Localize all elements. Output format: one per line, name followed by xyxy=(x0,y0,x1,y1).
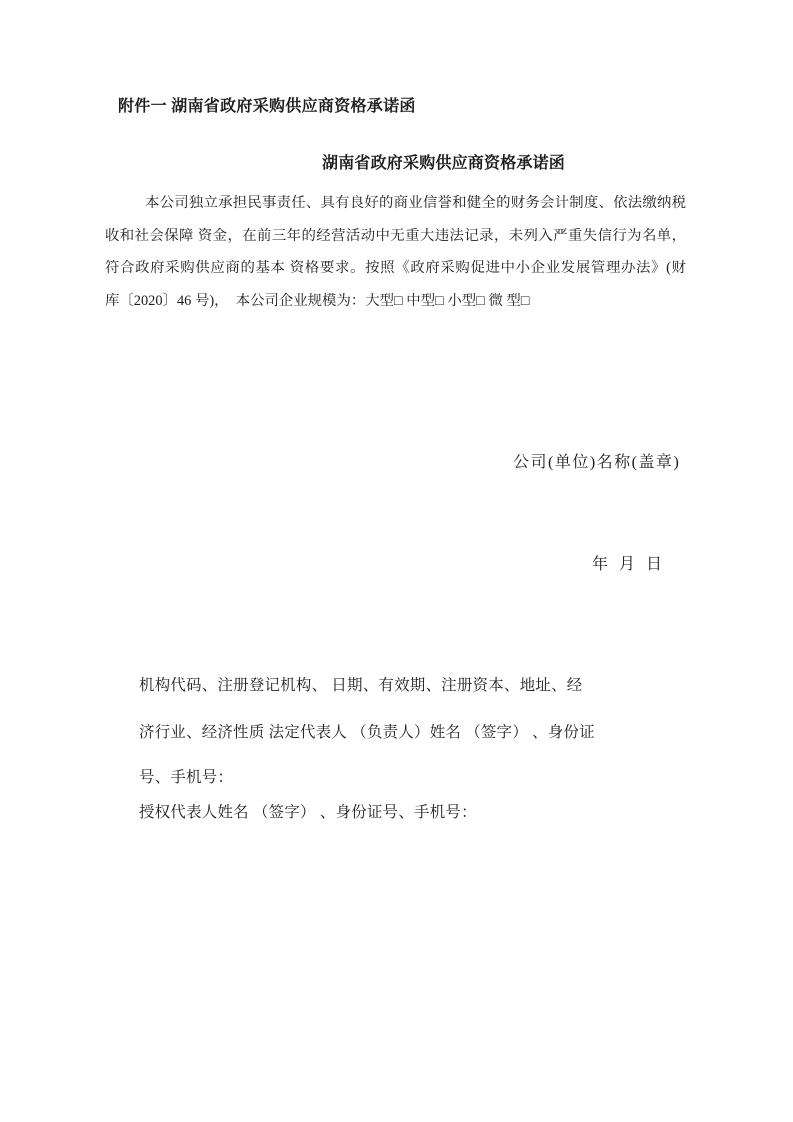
company-seal-label: 公司(单位)名称(盖章) xyxy=(513,453,680,473)
registration-info-line: 机构代码、注册登记机构、 日期、有效期、注册资本、地址、经 xyxy=(139,675,583,697)
commitment-paragraph-line: 符合政府采购供应商的基本 资格要求。按照《政府采购促进中小企业发展管理办法》(财 xyxy=(105,252,686,285)
enterprise-scale-line: 库〔2020〕46 号)， 本公司企业规模为：大型□ 中型□ 小型□ 微 型□ xyxy=(105,285,686,318)
date-label: 年 月 日 xyxy=(592,555,663,575)
commitment-paragraph-line: 收和社会保障 资金，在前三年的经营活动中无重大违法记录，未列入严重失信行为名单， xyxy=(105,220,686,253)
registration-info-line: 号、手机号： xyxy=(139,767,233,789)
document-title: 湖南省政府采购供应商资格承诺函 xyxy=(322,150,565,173)
commitment-paragraph-line: 本公司独立承担民事责任、具有良好的商业信誉和健全的财务会计制度、依法缴纳税 xyxy=(105,187,686,220)
authorized-representative-line: 授权代表人姓名 （签字） 、身份证号、手机号： xyxy=(139,802,477,824)
document-page: 附件一 湖南省政府采购供应商资格承诺函 湖南省政府采购供应商资格承诺函 本公司独… xyxy=(0,0,793,1122)
attachment-heading: 附件一 湖南省政府采购供应商资格承诺函 xyxy=(118,93,416,116)
commitment-paragraph: 本公司独立承担民事责任、具有良好的商业信誉和健全的财务会计制度、依法缴纳税 收和… xyxy=(105,187,686,317)
registration-info-line: 济行业、经济性质 法定代表人 （负责人）姓名 （签字） 、身份证 xyxy=(139,722,595,744)
